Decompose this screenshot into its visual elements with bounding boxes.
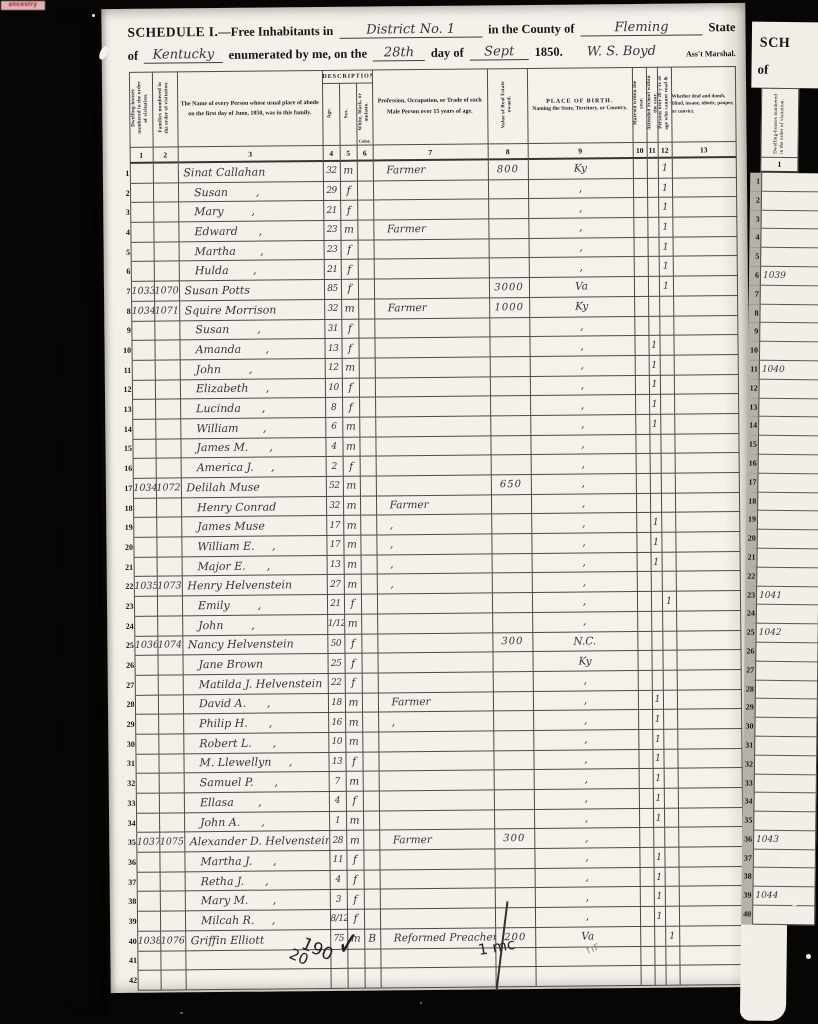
next-page-row: 31 bbox=[743, 736, 817, 756]
family-number bbox=[159, 852, 184, 872]
real-estate-value: 300 bbox=[494, 829, 534, 849]
age: 17 bbox=[326, 535, 343, 555]
condition-cell bbox=[678, 788, 742, 808]
married-within-year-mark bbox=[640, 867, 654, 887]
dwelling-number bbox=[130, 163, 153, 183]
cannot-read-write-mark bbox=[659, 316, 673, 336]
attended-school-mark bbox=[655, 965, 666, 985]
color bbox=[363, 811, 379, 831]
color bbox=[364, 909, 380, 929]
next-page-dwelling-entry bbox=[760, 248, 818, 268]
cannot-read-write-mark bbox=[659, 296, 673, 316]
next-page-row: 32 bbox=[743, 755, 817, 775]
real-estate-value bbox=[495, 908, 535, 928]
next-page-row: 34 bbox=[742, 793, 816, 813]
next-page-row-number: 34 bbox=[742, 793, 753, 812]
next-page-dwelling-entry bbox=[759, 379, 818, 399]
column-number: 10 bbox=[633, 142, 647, 158]
next-page-dwelling-entry bbox=[752, 906, 815, 926]
of-label: of bbox=[128, 49, 139, 64]
sex: f bbox=[345, 752, 362, 772]
sex: m bbox=[341, 299, 358, 319]
occupation bbox=[376, 455, 491, 476]
occupation bbox=[380, 869, 495, 890]
color bbox=[365, 968, 381, 988]
sex: m bbox=[344, 575, 361, 595]
person-name: Edward , bbox=[178, 221, 323, 242]
family-number: 1073 bbox=[157, 576, 182, 596]
person-name: William E. , bbox=[181, 536, 326, 557]
cannot-read-write-mark bbox=[663, 749, 677, 769]
dwelling-number bbox=[137, 951, 160, 971]
attended-school-mark bbox=[654, 926, 665, 946]
col-header-birthplace: PLACE OF BIRTH. Naming the State, Territ… bbox=[527, 68, 633, 144]
occupation: Farmer bbox=[379, 829, 494, 850]
row-number: 26 bbox=[119, 656, 134, 676]
next-page-row: 19 bbox=[746, 511, 818, 531]
occupation: , bbox=[377, 573, 492, 594]
column-number: 11 bbox=[647, 142, 658, 158]
real-estate-value bbox=[489, 337, 529, 357]
row-number: 10 bbox=[116, 341, 131, 361]
col-header-dwelling: Dwelling-houses numbered in the order of… bbox=[129, 72, 153, 147]
age: 29 bbox=[323, 181, 340, 201]
color bbox=[362, 712, 378, 732]
occupation: , bbox=[376, 534, 491, 555]
sex: f bbox=[341, 279, 358, 299]
attended-school-mark: 1 bbox=[653, 788, 664, 808]
row-number: 36 bbox=[121, 852, 136, 872]
age: 16 bbox=[328, 713, 345, 733]
cannot-read-write-mark: 1 bbox=[658, 158, 672, 178]
person-name: Emily , bbox=[182, 595, 327, 616]
cannot-read-write-mark bbox=[660, 414, 674, 434]
dwelling-number bbox=[136, 793, 159, 813]
dwelling-number bbox=[138, 970, 161, 990]
next-page-dwelling-entry bbox=[753, 868, 816, 888]
row-number: 2 bbox=[115, 183, 130, 203]
row-number: 23 bbox=[119, 596, 134, 616]
married-within-year-mark bbox=[635, 395, 649, 415]
family-number bbox=[159, 813, 184, 833]
married-within-year-mark bbox=[637, 552, 651, 572]
dwelling-number bbox=[131, 242, 154, 262]
row-number: 37 bbox=[122, 872, 137, 892]
occupation bbox=[375, 436, 490, 457]
row-number: 7 bbox=[116, 281, 131, 301]
cannot-read-write-mark: 1 bbox=[659, 276, 673, 296]
real-estate-value: 650 bbox=[491, 475, 531, 495]
cannot-read-write-mark: 1 bbox=[665, 926, 679, 946]
age: 85 bbox=[324, 279, 341, 299]
married-within-year-mark bbox=[633, 178, 647, 198]
condition-cell bbox=[674, 394, 738, 414]
condition-cell bbox=[678, 807, 742, 827]
married-within-year-mark bbox=[633, 158, 647, 178]
person-name: Robert L. , bbox=[183, 732, 328, 753]
cannot-read-write-mark bbox=[665, 887, 679, 907]
person-name: William , bbox=[180, 417, 325, 438]
person-name: Delilah Muse bbox=[181, 476, 326, 497]
occupation bbox=[379, 810, 494, 831]
next-page-dwelling-entry: 1040 bbox=[759, 361, 818, 381]
free-inhabitants-label: —Free Inhabitants in bbox=[218, 24, 333, 40]
year-label: 1850. bbox=[535, 45, 563, 60]
row-number: 30 bbox=[120, 734, 135, 754]
column-number: 8 bbox=[488, 144, 528, 160]
family-number bbox=[155, 360, 180, 380]
sex: f bbox=[346, 850, 363, 870]
attended-school-mark: 1 bbox=[654, 867, 665, 887]
person-name: John , bbox=[180, 358, 325, 379]
next-page-row-number: 25 bbox=[745, 624, 756, 643]
sex: f bbox=[342, 378, 359, 398]
age: 4 bbox=[329, 791, 346, 811]
census-table: Dwelling-houses numbered in the order of… bbox=[114, 66, 744, 991]
married-within-year-mark bbox=[640, 926, 654, 946]
next-page-row-number: 18 bbox=[746, 492, 757, 511]
cannot-read-write-mark bbox=[663, 690, 677, 710]
film-speckle bbox=[770, 520, 772, 522]
sex: f bbox=[341, 319, 358, 339]
condition-cell bbox=[675, 512, 739, 532]
occupation bbox=[375, 396, 490, 417]
color bbox=[363, 830, 379, 850]
color: B bbox=[364, 929, 380, 949]
attended-school-mark bbox=[648, 316, 659, 336]
age: 52 bbox=[326, 476, 343, 496]
birthplace: , bbox=[535, 907, 640, 928]
next-page-row: 17 bbox=[746, 473, 818, 493]
next-page-dwelling-entry: 1039 bbox=[760, 267, 818, 287]
header-line-2: of Kentucky enumerated by me, on the 28t… bbox=[128, 42, 736, 64]
occupation: , bbox=[376, 514, 491, 535]
age: 1 bbox=[329, 811, 346, 831]
occupation: , bbox=[378, 711, 493, 732]
color bbox=[361, 653, 377, 673]
age: 25 bbox=[327, 653, 344, 673]
age: 23 bbox=[323, 220, 340, 240]
age: 4 bbox=[325, 437, 342, 457]
dwelling-number bbox=[130, 222, 153, 242]
married-within-year-mark bbox=[638, 690, 652, 710]
birthplace: , bbox=[531, 474, 636, 495]
cannot-read-write-mark: 1 bbox=[658, 198, 672, 218]
birthplace: , bbox=[528, 178, 633, 199]
in-county-label: in the County of bbox=[488, 22, 575, 38]
next-page-col-header: Dwelling-houses numbered in the order of… bbox=[760, 88, 799, 158]
col-header-age-text: Age. bbox=[328, 108, 334, 118]
condition-cell bbox=[673, 315, 737, 335]
family-number bbox=[157, 596, 182, 616]
col-header-description: DESCRIPTION. bbox=[322, 70, 372, 83]
cannot-read-write-mark bbox=[663, 729, 677, 749]
age: 32 bbox=[324, 299, 341, 319]
color bbox=[361, 633, 377, 653]
column-number: 5 bbox=[340, 145, 357, 161]
real-estate-value bbox=[490, 435, 530, 455]
row-number: 4 bbox=[115, 222, 130, 242]
sex: f bbox=[344, 653, 361, 673]
age: 13 bbox=[327, 555, 344, 575]
next-page-row: 30 bbox=[743, 718, 817, 738]
condition-cell bbox=[677, 748, 741, 768]
next-page-row-number: 9 bbox=[748, 323, 759, 342]
color bbox=[361, 574, 377, 594]
birthplace: , bbox=[532, 611, 637, 632]
birthplace: , bbox=[530, 375, 635, 396]
birthplace: , bbox=[532, 572, 637, 593]
occupation bbox=[381, 967, 496, 988]
family-number bbox=[158, 675, 183, 695]
married-within-year-mark bbox=[640, 887, 654, 907]
person-name: M. Llewellyn , bbox=[183, 752, 328, 773]
person-name: Samuel P. , bbox=[184, 772, 329, 793]
birthplace: , bbox=[533, 690, 638, 711]
real-estate-value bbox=[488, 179, 528, 199]
cannot-read-write-mark bbox=[662, 611, 676, 631]
dwelling-number bbox=[133, 458, 156, 478]
birthplace: , bbox=[529, 316, 634, 337]
district-entry: District No. 1 bbox=[339, 21, 482, 38]
col-header-value: Value of Real Estate owned. bbox=[487, 69, 528, 144]
dwelling-number bbox=[136, 813, 159, 833]
person-name: Jane Brown bbox=[182, 654, 327, 675]
family-number bbox=[153, 183, 178, 203]
next-page-row-number: 30 bbox=[743, 718, 754, 737]
attended-school-mark bbox=[647, 217, 658, 237]
person-name: Sinat Callahan bbox=[178, 161, 323, 183]
married-within-year-mark bbox=[638, 749, 652, 769]
color bbox=[358, 299, 374, 319]
next-page-schedule-text: SCH bbox=[752, 22, 818, 53]
married-within-year-mark bbox=[639, 828, 653, 848]
next-page-row: 28 bbox=[744, 680, 818, 700]
col-header-cannot-read-text: Persons over 20 y'rs of age who cannot r… bbox=[657, 74, 671, 130]
family-number: 1075 bbox=[159, 832, 184, 852]
attended-school-mark: 1 bbox=[650, 532, 661, 552]
row-number: 22 bbox=[119, 577, 134, 597]
next-page-dwelling-entry bbox=[756, 605, 818, 625]
family-number bbox=[156, 537, 181, 557]
occupation bbox=[376, 475, 491, 496]
condition-cell bbox=[676, 630, 740, 650]
state-label: State bbox=[708, 20, 735, 35]
occupation bbox=[380, 908, 495, 929]
next-page-row-number: 3 bbox=[750, 210, 761, 229]
color bbox=[362, 673, 378, 693]
attended-school-mark: 1 bbox=[652, 749, 663, 769]
column-number: 4 bbox=[323, 145, 340, 161]
family-number: 1070 bbox=[154, 281, 179, 301]
next-page-row: 40 bbox=[741, 906, 815, 926]
column-number: 12 bbox=[658, 142, 672, 158]
sex: m bbox=[342, 437, 359, 457]
row-number: 32 bbox=[121, 774, 136, 794]
married-within-year-mark bbox=[637, 591, 651, 611]
sex: m bbox=[343, 476, 360, 496]
family-number bbox=[161, 970, 186, 990]
next-page-row: 15 bbox=[747, 436, 818, 456]
color bbox=[362, 752, 378, 772]
real-estate-value bbox=[494, 770, 534, 790]
cannot-read-write-mark: 1 bbox=[658, 217, 672, 237]
married-within-year-mark bbox=[633, 198, 647, 218]
next-page-dwelling-entry: 1044 bbox=[752, 887, 815, 907]
sex: f bbox=[347, 870, 364, 890]
condition-cell bbox=[673, 276, 737, 296]
sex: m bbox=[340, 220, 357, 240]
next-page-row-number: 37 bbox=[742, 849, 753, 868]
row-number: 42 bbox=[123, 970, 138, 990]
dwelling-number bbox=[132, 380, 155, 400]
next-page-row-number: 12 bbox=[748, 379, 759, 398]
married-within-year-mark bbox=[639, 769, 653, 789]
cannot-read-write-mark bbox=[659, 335, 673, 355]
dwelling-number bbox=[132, 399, 155, 419]
attended-school-mark bbox=[647, 158, 658, 178]
cannot-read-write-mark bbox=[666, 965, 680, 985]
person-name: Mary M. , bbox=[185, 890, 330, 911]
age: 21 bbox=[323, 201, 340, 221]
next-page-row: 25 1042 bbox=[745, 624, 818, 644]
family-number bbox=[155, 438, 180, 458]
next-page-row: 27 bbox=[744, 661, 818, 681]
cannot-read-write-mark bbox=[660, 434, 674, 454]
next-page-row-number: 26 bbox=[744, 642, 755, 661]
next-page-row-number: 24 bbox=[745, 605, 756, 624]
row-number: 24 bbox=[119, 616, 134, 636]
column-number: 13 bbox=[672, 142, 736, 158]
age: 21 bbox=[327, 594, 344, 614]
next-page-row-number: 8 bbox=[748, 304, 759, 323]
col-header-married: Married within the year. bbox=[632, 67, 647, 142]
next-page-row: 10 bbox=[748, 342, 818, 362]
person-name: Major E. , bbox=[182, 555, 327, 576]
dwelling-number: 1034 bbox=[133, 478, 156, 498]
real-estate-value bbox=[489, 238, 529, 258]
next-page-col-number: 1 bbox=[760, 158, 798, 173]
birthplace: , bbox=[533, 729, 638, 750]
age: 32 bbox=[326, 496, 343, 516]
occupation bbox=[374, 278, 489, 299]
birthplace: , bbox=[528, 198, 633, 219]
row-number: 40 bbox=[122, 931, 137, 951]
col-header-occupation: Profession, Occupation, or Trade of each… bbox=[372, 69, 488, 145]
married-within-year-mark bbox=[637, 631, 651, 651]
person-name: Martha , bbox=[179, 240, 324, 261]
person-name: Retha J. , bbox=[185, 870, 330, 891]
row-number: 34 bbox=[121, 813, 136, 833]
attended-school-mark: 1 bbox=[652, 690, 663, 710]
real-estate-value bbox=[492, 553, 532, 573]
sex: f bbox=[344, 594, 361, 614]
real-estate-value bbox=[494, 809, 534, 829]
dwelling-number bbox=[131, 321, 154, 341]
birthplace: , bbox=[534, 828, 639, 849]
age: 1/12 bbox=[327, 614, 344, 634]
row-number: 16 bbox=[118, 459, 133, 479]
color bbox=[359, 358, 375, 378]
next-page-dwelling-entry bbox=[761, 210, 818, 230]
birthplace: , bbox=[529, 237, 634, 258]
family-number bbox=[155, 379, 180, 399]
attended-school-mark bbox=[647, 198, 658, 218]
next-page-row-number: 27 bbox=[744, 661, 755, 680]
age: 10 bbox=[328, 732, 345, 752]
occupation bbox=[378, 652, 493, 673]
cannot-read-write-mark bbox=[664, 808, 678, 828]
color bbox=[362, 693, 378, 713]
next-page-dwelling-entry bbox=[757, 492, 818, 512]
birthplace: N.C. bbox=[532, 631, 637, 652]
next-page-dwelling-entry: 1041 bbox=[756, 586, 818, 606]
cannot-read-write-mark bbox=[660, 394, 674, 414]
real-estate-value bbox=[492, 612, 532, 632]
cannot-read-write-mark bbox=[661, 493, 675, 513]
col-header-age: Age. bbox=[322, 83, 340, 145]
occupation: Farmer bbox=[373, 219, 488, 240]
condition-cell bbox=[679, 945, 743, 965]
real-estate-value bbox=[491, 514, 531, 534]
sex: m bbox=[346, 811, 363, 831]
next-page-dwelling-entry bbox=[761, 192, 818, 212]
occupation bbox=[374, 317, 489, 338]
sex: m bbox=[343, 535, 360, 555]
cannot-read-write-mark bbox=[665, 867, 679, 887]
condition-cell bbox=[676, 551, 740, 571]
watermark: ancestry bbox=[1, 1, 45, 10]
next-page-row: 20 bbox=[746, 530, 818, 550]
married-within-year-mark bbox=[634, 336, 648, 356]
row-number-rail-header bbox=[114, 72, 130, 163]
next-page-row: 7 bbox=[749, 285, 818, 305]
col-header-color: White, black, or mulatto.Color, bbox=[356, 83, 373, 145]
occupation bbox=[375, 357, 490, 378]
age: 3 bbox=[330, 890, 347, 910]
family-number bbox=[158, 714, 183, 734]
next-page-dwelling-entry bbox=[757, 530, 818, 550]
married-within-year-mark bbox=[637, 572, 651, 592]
attended-school-mark: 1 bbox=[649, 414, 660, 434]
enumerated-label: enumerated by me, on the bbox=[229, 47, 368, 63]
sex: f bbox=[342, 397, 359, 417]
color bbox=[363, 791, 379, 811]
cannot-read-write-mark bbox=[664, 768, 678, 788]
birthplace: , bbox=[529, 336, 634, 357]
next-page-row: 29 bbox=[744, 699, 818, 719]
next-page-row-number: 7 bbox=[749, 285, 760, 304]
married-within-year-mark bbox=[638, 670, 652, 690]
attended-school-mark bbox=[648, 257, 659, 277]
row-number: 3 bbox=[115, 203, 130, 223]
next-page-row-number: 21 bbox=[745, 548, 756, 567]
family-number bbox=[154, 340, 179, 360]
next-page-row: 9 bbox=[748, 323, 818, 343]
occupation bbox=[380, 888, 495, 909]
cannot-read-write-mark bbox=[660, 375, 674, 395]
birthplace: , bbox=[530, 395, 635, 416]
condition-cell bbox=[672, 177, 736, 197]
row-number: 35 bbox=[121, 833, 136, 853]
birthplace: , bbox=[532, 552, 637, 573]
family-number bbox=[155, 399, 180, 419]
occupation: Farmer bbox=[378, 691, 493, 712]
age: 13 bbox=[324, 339, 341, 359]
next-page-row-number: 19 bbox=[746, 511, 757, 530]
next-page-dwelling-entry bbox=[755, 680, 818, 700]
cannot-read-write-mark: 1 bbox=[659, 257, 673, 277]
